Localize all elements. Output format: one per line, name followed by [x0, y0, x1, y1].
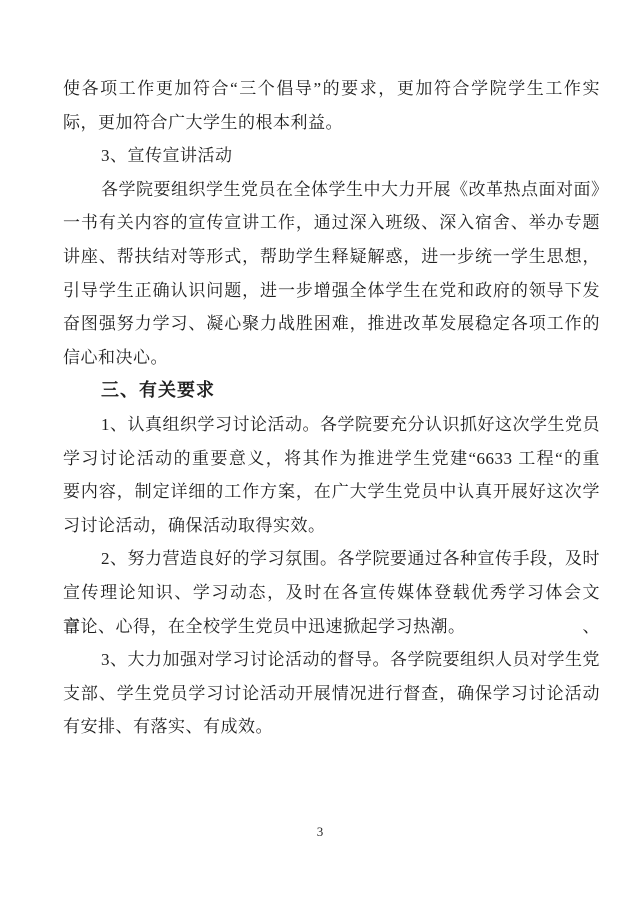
- text-line: 各学院要组织学生党员在全体学生中大力开展《改革热点面对面》: [63, 173, 600, 207]
- text-line: 使各项工作更加符合“三个倡导”的要求，更加符合学院学生工作实: [63, 72, 600, 106]
- text-line: 宣传理论知识、学习动态，及时在各宣传媒体登载优秀学习体会文章、: [63, 576, 600, 610]
- text-line: 2、努力营造良好的学习氛围。各学院要通过各种宣传手段，及时: [63, 542, 600, 576]
- text-line: 习讨论活动，确保活动取得实效。: [63, 509, 600, 543]
- text-line: 信心和决心。: [63, 341, 600, 375]
- subsection-heading: 3、宣传宣讲活动: [63, 139, 600, 173]
- text-line: 奋图强努力学习、凝心聚力战胜困难，推进改革发展稳定各项工作的: [63, 307, 600, 341]
- text-line: 际，更加符合广大学生的根本利益。: [63, 106, 600, 140]
- page-number: 3: [0, 824, 640, 840]
- text-line: 引导学生正确认识问题，进一步增强全体学生在党和政府的领导下发: [63, 274, 600, 308]
- document-page: 使各项工作更加符合“三个倡导”的要求，更加符合学院学生工作实 际，更加符合广大学…: [63, 72, 600, 744]
- text-line: 支部、学生党员学习讨论活动开展情况进行督查，确保学习讨论活动: [63, 677, 600, 711]
- text-line: 有安排、有落实、有成效。: [63, 710, 600, 744]
- text-line: 讲座、帮扶结对等形式，帮助学生释疑解惑，进一步统一学生思想，: [63, 240, 600, 274]
- text-line: 学习讨论活动的重要意义，将其作为推进学生党建“6633 工程“的重: [63, 442, 600, 476]
- text-line: 3、大力加强对学习讨论活动的督导。各学院要组织人员对学生党: [63, 643, 600, 677]
- text-line: 一书有关内容的宣传宣讲工作，通过深入班级、深入宿舍、举办专题: [63, 206, 600, 240]
- text-line: 1、认真组织学习讨论活动。各学院要充分认识抓好这次学生党员: [63, 408, 600, 442]
- text-line: 要内容，制定详细的工作方案，在广大学生党员中认真开展好这次学: [63, 475, 600, 509]
- section-heading: 三、有关要求: [63, 374, 600, 408]
